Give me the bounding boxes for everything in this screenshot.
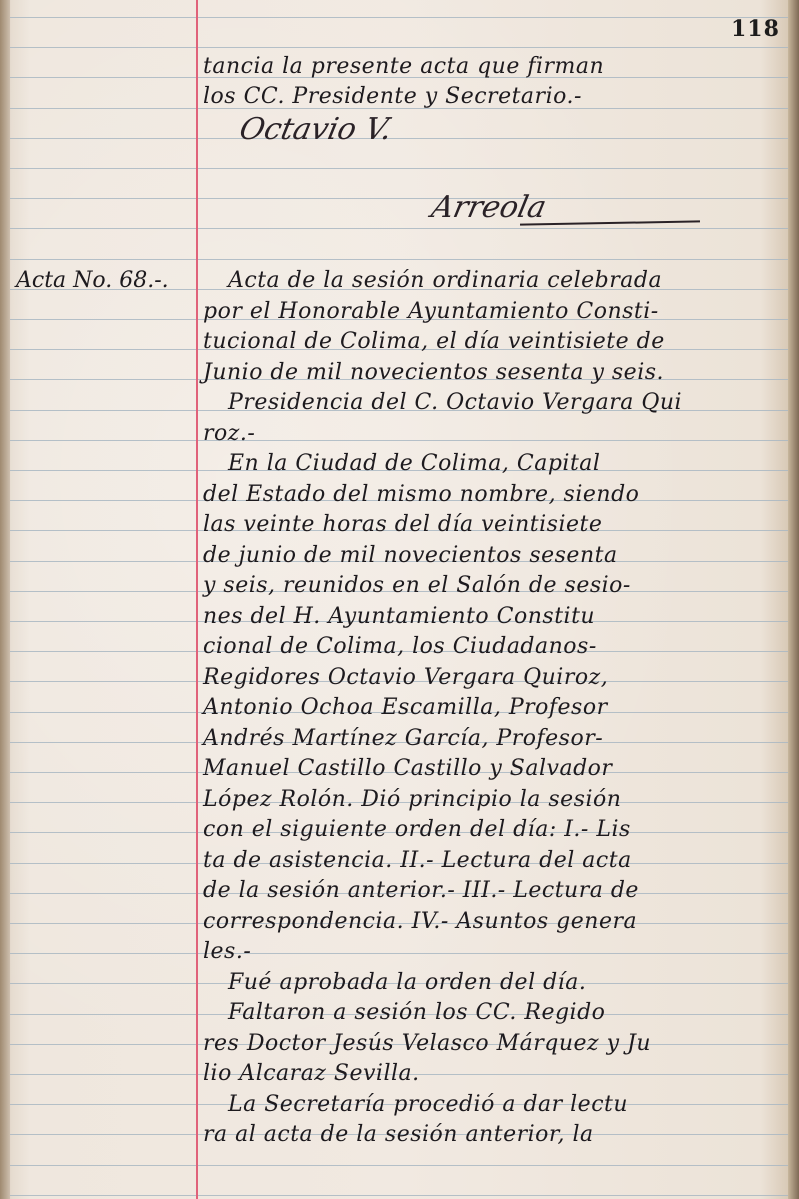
handwritten-line: de la sesión anterior.- III.- Lectura de	[203, 878, 639, 903]
handwritten-line: roz.-	[203, 421, 255, 446]
ruled-line	[10, 47, 788, 48]
handwritten-line: nes del H. Ayuntamiento Constitu	[203, 604, 595, 629]
handwritten-line: les.-	[203, 939, 251, 964]
ruled-line	[10, 198, 788, 199]
page-edge	[788, 0, 799, 1199]
ruled-line	[10, 953, 788, 954]
signature-flourish	[520, 220, 700, 225]
continuation-line-1: tancia la presente acta que firman	[203, 54, 604, 79]
handwritten-line: La Secretaría procedió a dar lectu	[228, 1092, 628, 1117]
page-number: 118	[731, 16, 780, 42]
ruled-line	[10, 259, 788, 260]
handwritten-line: tucional de Colima, el día veintisiete d…	[203, 329, 665, 354]
ruled-line	[10, 228, 788, 229]
handwritten-line: las veinte horas del día veintisiete	[203, 512, 602, 537]
handwritten-line: Antonio Ochoa Escamilla, Profesor	[203, 695, 608, 720]
ruled-line	[10, 440, 788, 441]
ruled-line	[10, 168, 788, 169]
handwritten-line: Regidores Octavio Vergara Quiroz,	[203, 665, 608, 690]
signature-president: Octavio V.	[236, 112, 395, 147]
act-number-note: Acta No. 68.-.	[16, 268, 169, 293]
handwritten-line: por el Honorable Ayuntamiento Consti-	[203, 299, 659, 324]
handwritten-line: Andrés Martínez García, Profesor-	[203, 726, 603, 751]
handwritten-line: y seis, reunidos en el Salón de sesio-	[203, 573, 631, 598]
handwritten-line: de junio de mil novecientos sesenta	[203, 543, 618, 568]
handwritten-line: Manuel Castillo Castillo y Salvador	[203, 756, 612, 781]
handwritten-line: Junio de mil novecientos sesenta y seis.	[203, 360, 664, 385]
handwritten-line: res Doctor Jesús Velasco Márquez y Ju	[203, 1031, 651, 1056]
handwritten-line: con el siguiente orden del día: I.- Lis	[203, 817, 631, 842]
ruled-line	[10, 1195, 788, 1196]
binding-edge	[0, 0, 10, 1199]
handwritten-line: López Rolón. Dió principio la sesión	[203, 787, 621, 812]
red-margin-line	[196, 0, 198, 1199]
handwritten-line: En la Ciudad de Colima, Capital	[228, 451, 600, 476]
handwritten-line: correspondencia. IV.- Asuntos genera	[203, 909, 637, 934]
handwritten-line: lio Alcaraz Sevilla.	[203, 1061, 420, 1086]
ruled-line	[10, 1165, 788, 1166]
handwritten-line: ta de asistencia. II.- Lectura del acta	[203, 848, 632, 873]
handwritten-line: Acta de la sesión ordinaria celebrada	[228, 268, 662, 293]
handwritten-line: ra al acta de la sesión anterior, la	[203, 1122, 594, 1147]
handwritten-line: Presidencia del C. Octavio Vergara Qui	[228, 390, 682, 415]
continuation-line-2: los CC. Presidente y Secretario.-	[203, 84, 582, 109]
ruled-line	[10, 138, 788, 139]
ledger-page: 118 tancia la presente acta que firman l…	[0, 0, 792, 1199]
signature-secretary: Arreola	[428, 190, 549, 225]
handwritten-line: del Estado del mismo nombre, siendo	[203, 482, 639, 507]
ruled-line	[10, 17, 788, 18]
handwritten-line: Faltaron a sesión los CC. Regido	[228, 1000, 605, 1025]
handwritten-line: cional de Colima, los Ciudadanos-	[203, 634, 597, 659]
handwritten-line: Fué aprobada la orden del día.	[228, 970, 586, 995]
